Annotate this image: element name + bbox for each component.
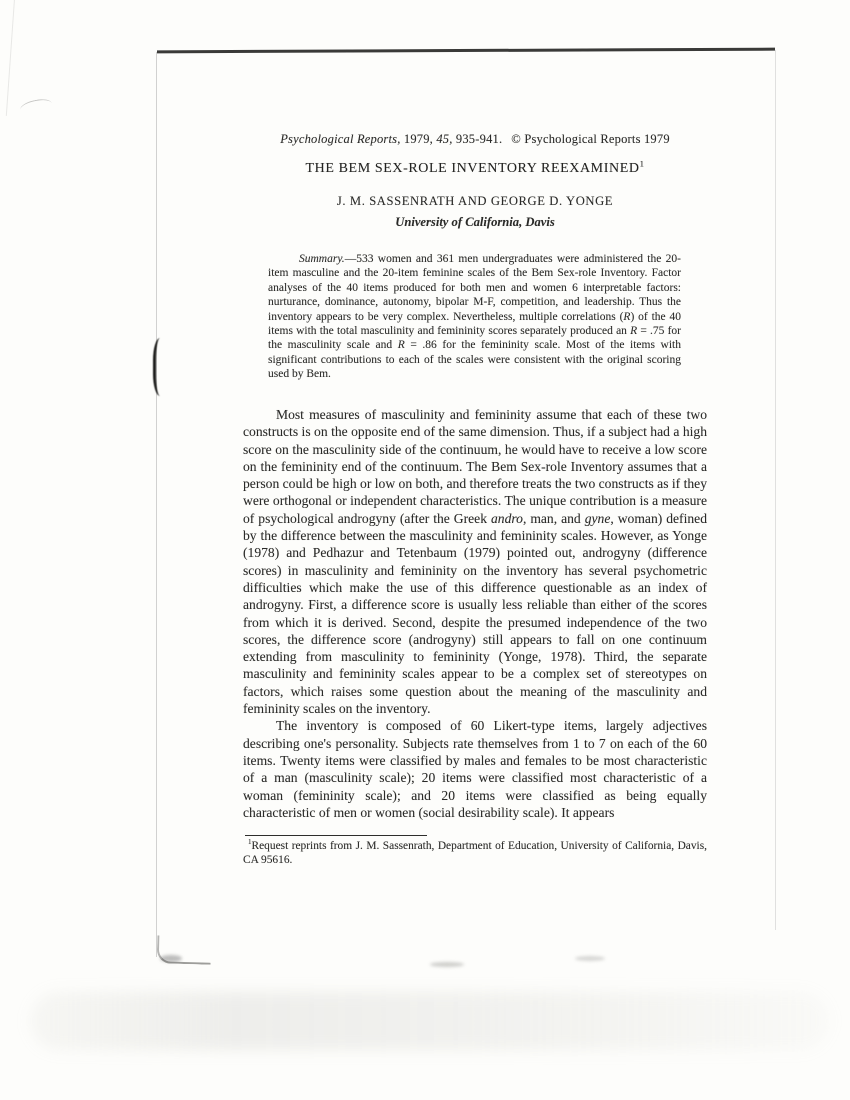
scanned-journal-page: Psychological Reports, 1979, 45, 935-941… (0, 0, 850, 1100)
stat-symbol-R: R (398, 339, 405, 351)
citation-year: , 1979, (397, 132, 436, 146)
page-top-edge (157, 48, 775, 53)
summary-label: Summary. (299, 253, 345, 265)
footnote-area: 1Request reprints from J. M. Sassenrath,… (243, 835, 707, 867)
page-corner-smudge (160, 955, 182, 962)
authors: J. M. SASSENRATH AND GEORGE D. YONGE (243, 194, 707, 209)
bottom-edge-smudge (430, 962, 464, 967)
copyright-notice: © Psychological Reports 1979 (511, 132, 670, 146)
article-title: THE BEM SEX-ROLE INVENTORY REEXAMINED1 (243, 161, 707, 177)
page-range: , 935-941. (449, 132, 502, 146)
body-paragraph-2: The inventory is composed of 60 Likert-t… (243, 717, 707, 821)
scan-scratch-mark (19, 97, 53, 116)
volume-number: 45 (436, 132, 449, 146)
greek-term-gyne: gyne (585, 511, 611, 526)
summary-paragraph: Summary.—533 women and 361 men undergrad… (268, 252, 681, 382)
affiliation: University of California, Davis (243, 215, 707, 230)
footnote: 1Request reprints from J. M. Sassenrath,… (243, 839, 707, 867)
journal-name: Psychological Reports (280, 132, 397, 146)
journal-citation: Psychological Reports, 1979, 45, 935-941… (243, 132, 707, 147)
scan-noise-band (30, 992, 830, 1050)
body-paragraph-1: Most measures of masculinity and feminin… (243, 406, 707, 717)
bottom-edge-smudge (575, 956, 605, 961)
greek-term-andro: andro (491, 511, 523, 526)
binding-mark (153, 338, 163, 396)
scan-scratch-mark (6, 0, 15, 116)
footnote-separator-rule (245, 835, 427, 836)
page-right-edge (775, 50, 776, 930)
title-footnote-marker: 1 (640, 158, 645, 168)
page-left-edge (156, 52, 157, 957)
article-body: Most measures of masculinity and feminin… (243, 406, 707, 821)
